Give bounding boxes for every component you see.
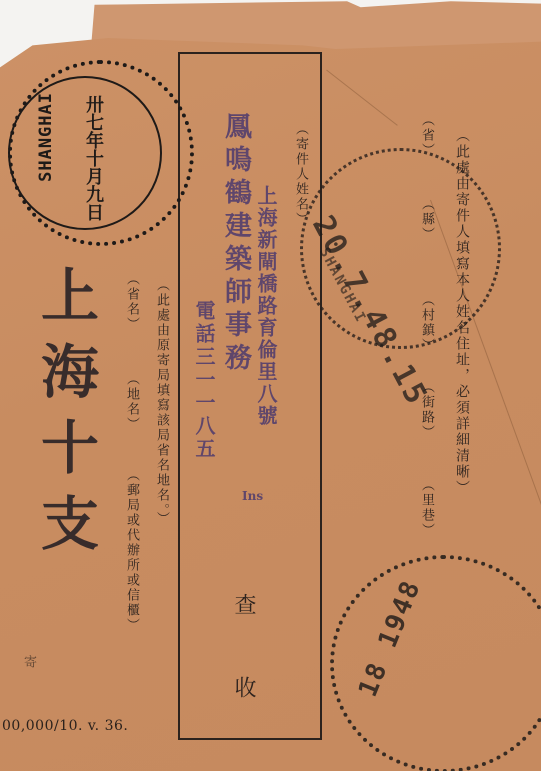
postmark-bottom-right [330, 555, 541, 771]
print-serial-number: 00,000/10. v. 36. [2, 718, 128, 734]
handwritten-suffix: 寄 [22, 655, 35, 668]
sender-name-label: （寄件人姓名） [294, 122, 307, 227]
origin-office-instruction: （此處由原寄局填寫該局省名地名。） [155, 278, 168, 527]
label-province-name: （省名） [125, 272, 138, 332]
postmark-date-chinese: 卅七年十月九日 [80, 95, 106, 221]
sender-stamp-name: 鳳鳴鶴建築師事務 [222, 112, 249, 376]
label-place-name: （地名） [125, 372, 138, 432]
label-lane: （里巷） [420, 478, 433, 538]
postmark-city-shanghai: SHANGHAI [36, 92, 56, 182]
sender-stamp-phone: 電話三一一八五 [194, 300, 214, 461]
check-and-receive-text: 查 收 [232, 593, 254, 716]
label-post-office: （郵局或代辦所或信櫃） [125, 468, 138, 633]
sender-stamp-address: 上海新閘橋路育倫里八號 [256, 185, 276, 427]
handwritten-origin-office: 上海十支 [36, 265, 94, 569]
sender-stamp-suffix: Ins [242, 490, 263, 502]
